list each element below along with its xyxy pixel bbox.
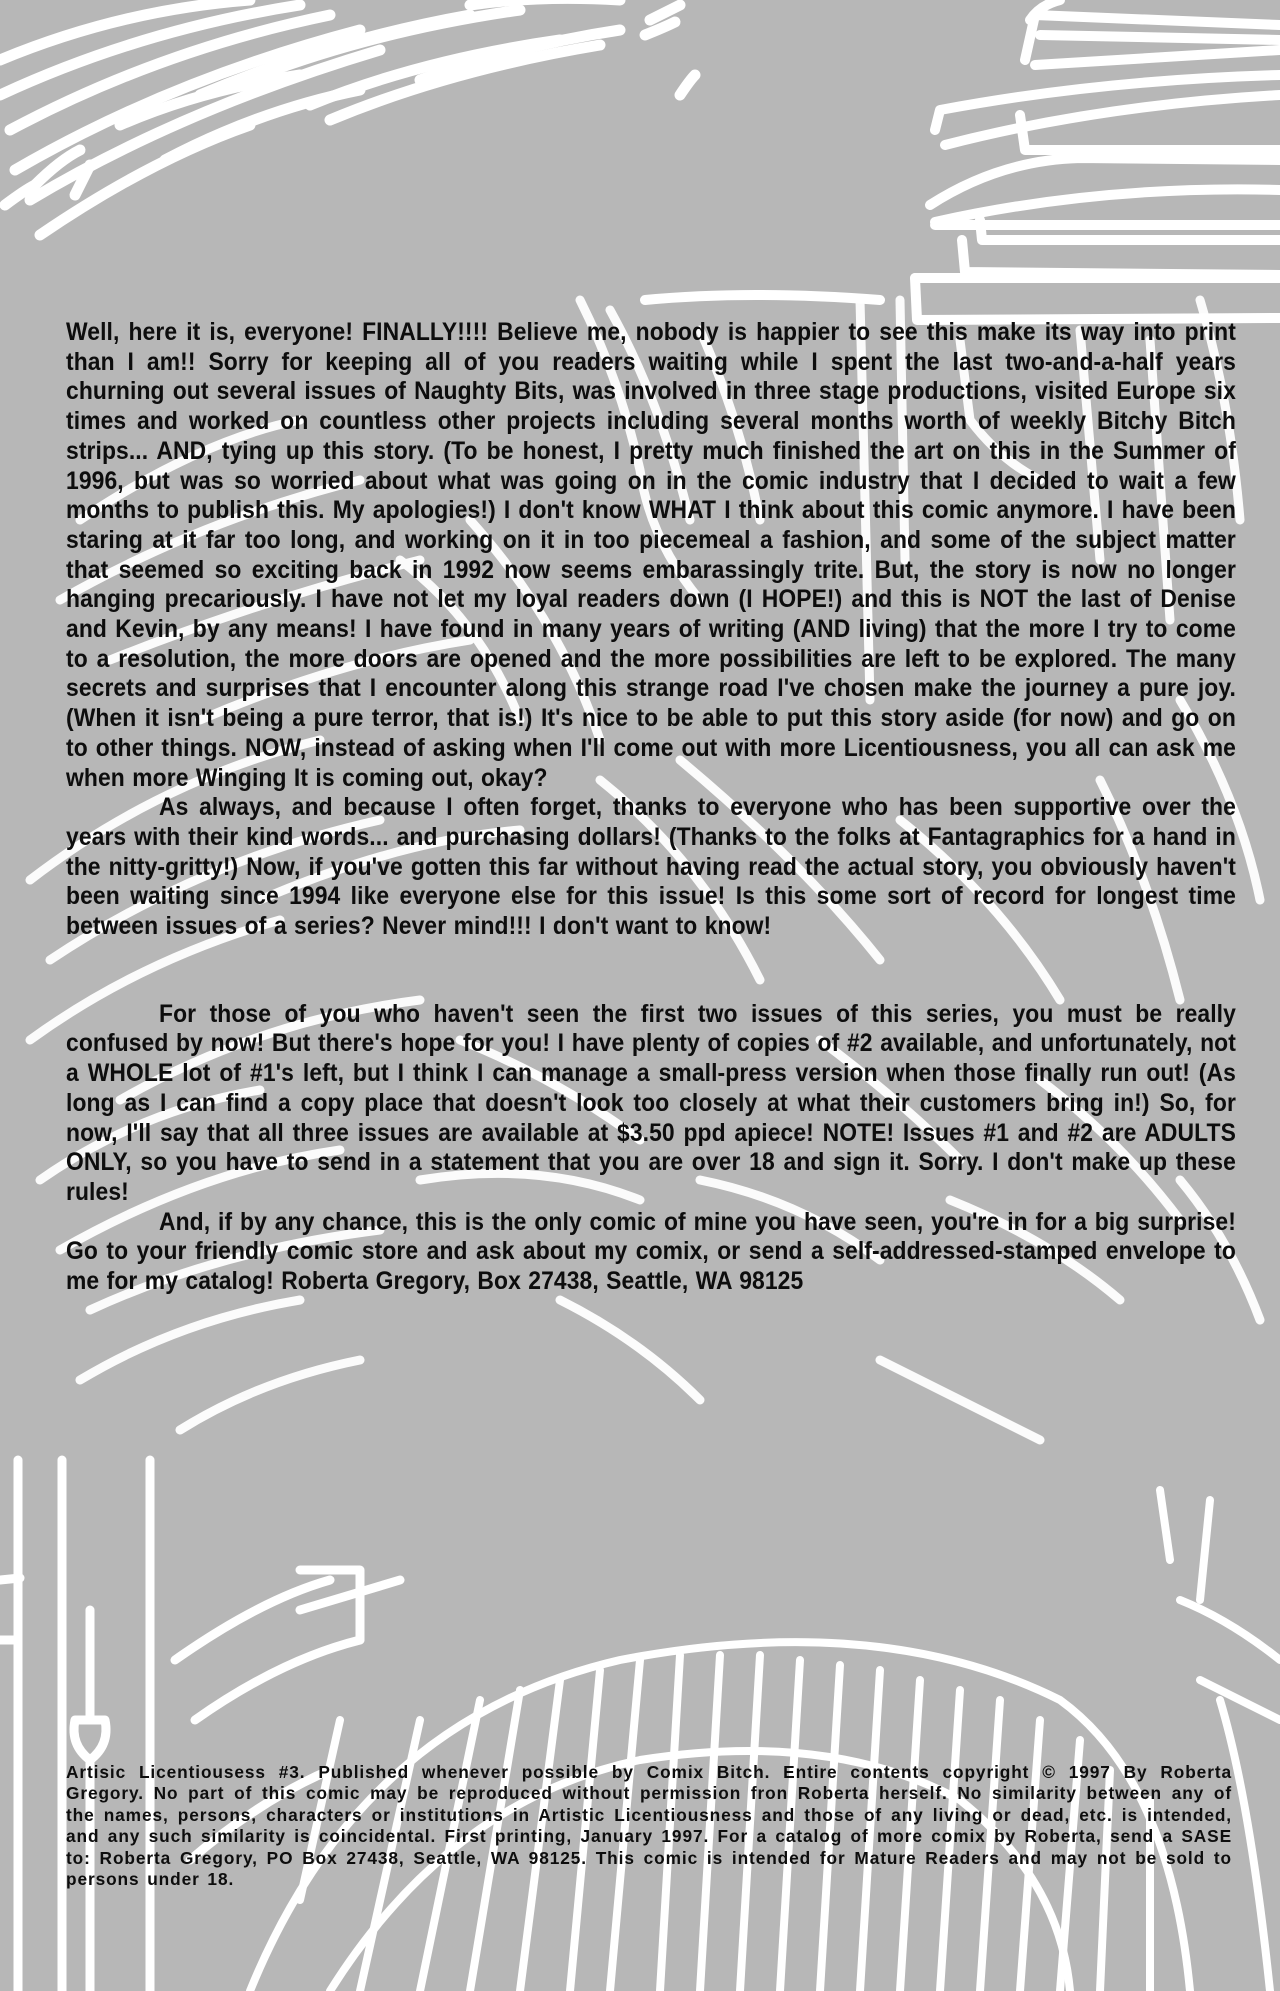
letter-paragraph-thanks: As always, and because I often forget, t…: [66, 793, 1236, 942]
document-page: Well, here it is, everyone! FINALLY!!!! …: [0, 0, 1280, 1991]
editorial-letter: Well, here it is, everyone! FINALLY!!!! …: [66, 318, 1236, 1297]
publication-indicia: Artisic Licentiousess #3. Published when…: [66, 1762, 1232, 1890]
letter-paragraph-catalog: And, if by any chance, this is the only …: [66, 1208, 1236, 1297]
letter-paragraph-back-issues: For those of you who haven't seen the fi…: [66, 1000, 1236, 1208]
letter-paragraph-intro: Well, here it is, everyone! FINALLY!!!! …: [66, 318, 1236, 793]
paragraph-spacer: [66, 942, 1236, 1000]
